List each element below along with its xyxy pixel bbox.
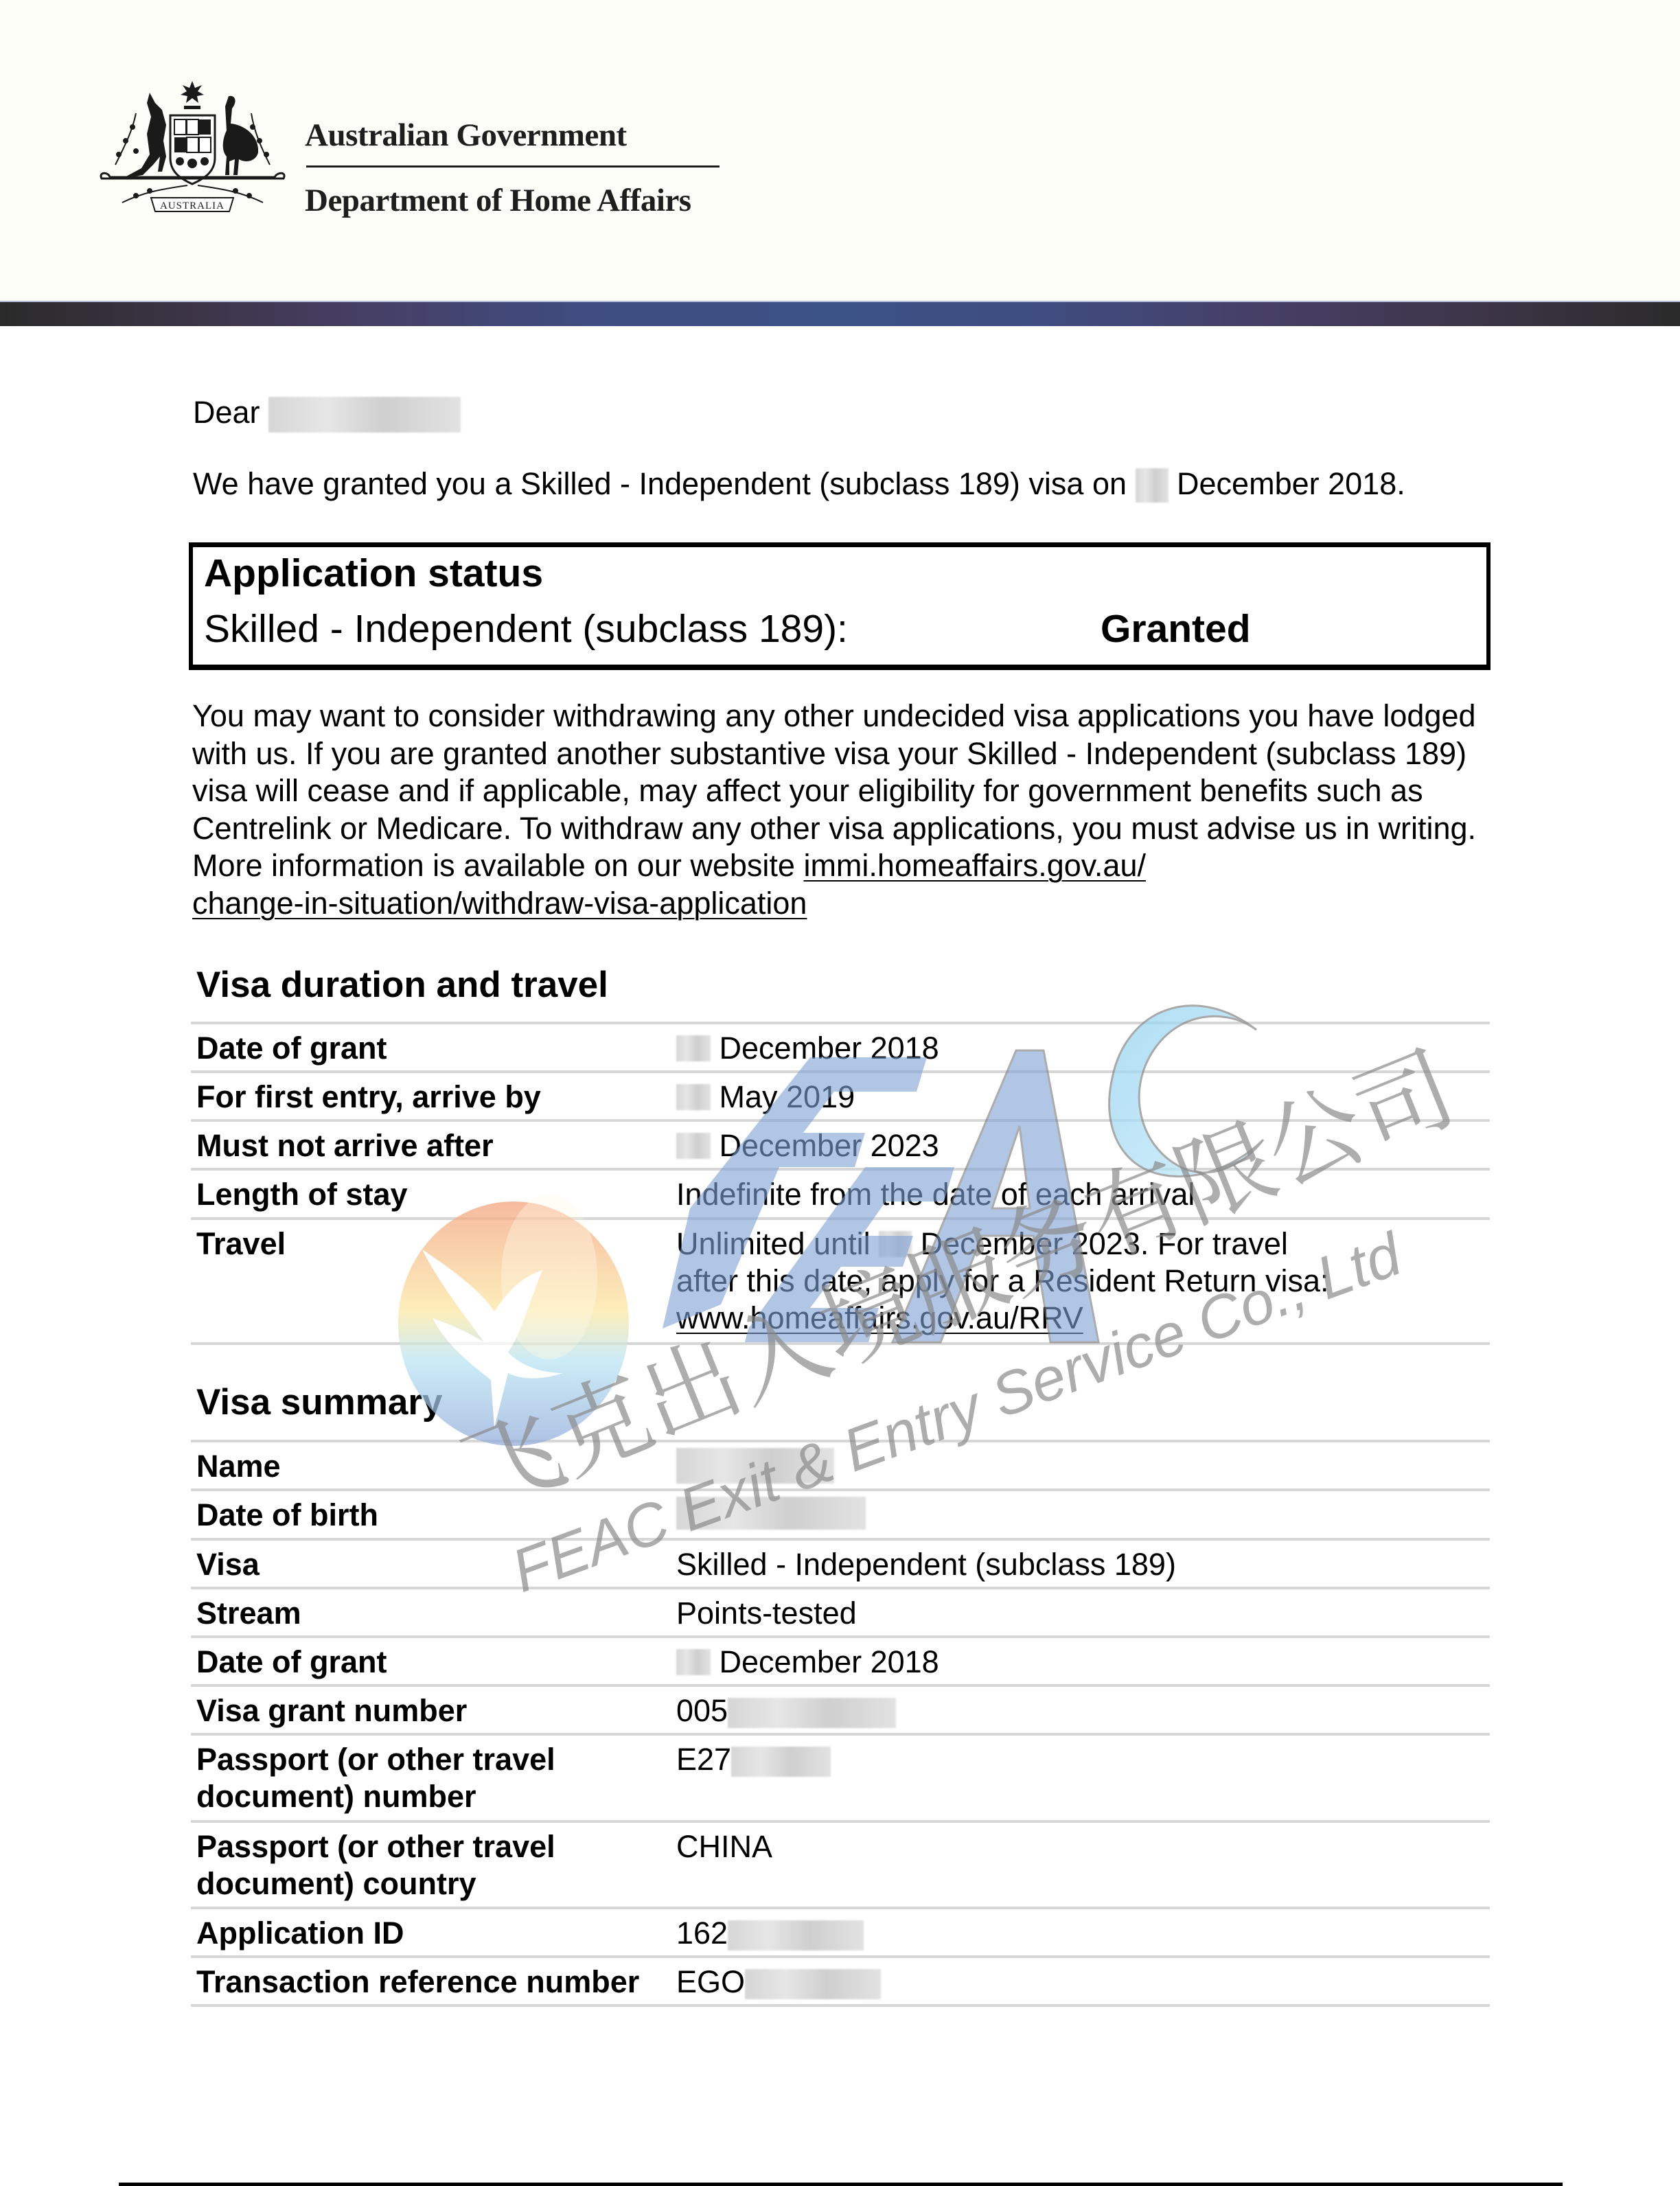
table-end-rule	[191, 1342, 1490, 1345]
redacted-day	[676, 1035, 711, 1061]
table-row: Date of birth	[191, 1488, 1490, 1538]
letterhead: AUSTRALIA Australian Government Departme…	[0, 0, 1680, 301]
redacted-application-id	[728, 1920, 864, 1951]
summary-table: Name Date of birth Visa Skilled - Indepe…	[191, 1440, 1490, 2007]
section-title-summary: Visa summary	[196, 1381, 442, 1423]
table-row: Visa Skilled - Independent (subclass 189…	[191, 1538, 1490, 1587]
table-row: Application ID 162	[191, 1907, 1490, 1955]
redacted-date-of-birth	[676, 1497, 866, 1530]
section-title-duration: Visa duration and travel	[196, 964, 608, 1006]
redacted-day	[879, 1231, 912, 1257]
salutation: Dear	[193, 394, 461, 433]
table-row: Name	[191, 1440, 1490, 1488]
status-visa-label: Skilled - Independent (subclass 189):	[204, 606, 848, 652]
status-badge: Granted	[1101, 606, 1251, 652]
table-row: Stream Points-tested	[191, 1587, 1490, 1635]
table-end-rule	[191, 2004, 1490, 2007]
government-name: Australian Government	[305, 117, 627, 154]
table-row: Travel Unlimited until December 2023. Fo…	[191, 1217, 1490, 1342]
redacted-transaction-reference	[745, 1969, 881, 1999]
redacted-recipient-name	[268, 397, 461, 433]
table-row: Length of stay Indefinite from the date …	[191, 1168, 1490, 1217]
footer-rule	[119, 2183, 1563, 2186]
redacted-name	[676, 1448, 834, 1484]
redacted-day	[676, 1133, 711, 1159]
table-row: For first entry, arrive by May 2019	[191, 1070, 1490, 1119]
table-row: Passport (or other travel document) numb…	[191, 1733, 1490, 1820]
department-name: Department of Home Affairs	[305, 182, 691, 219]
redacted-day	[676, 1084, 711, 1110]
table-row: Date of grant December 2018	[191, 1022, 1490, 1070]
table-row: Transaction reference number EGO	[191, 1955, 1490, 2004]
redacted-grant-number	[728, 1698, 896, 1728]
table-row: Must not arrive after December 2023	[191, 1119, 1490, 1168]
table-row: Passport (or other travel document) coun…	[191, 1820, 1490, 1907]
header-rule	[306, 165, 720, 168]
table-row: Date of grant December 2018	[191, 1635, 1490, 1684]
table-row: Visa grant number 005	[191, 1684, 1490, 1733]
redacted-day	[1136, 468, 1169, 503]
status-box-title: Application status	[204, 551, 543, 596]
redacted-day	[676, 1649, 711, 1675]
header-gradient-bar	[0, 301, 1680, 326]
duration-table: Date of grant December 2018 For first en…	[191, 1022, 1490, 1345]
grant-sentence: We have granted you a Skilled - Independ…	[193, 465, 1405, 503]
withdraw-advice-paragraph: You may want to consider withdrawing any…	[192, 698, 1497, 922]
svg-text:AUSTRALIA: AUSTRALIA	[160, 200, 225, 211]
redacted-passport-number	[731, 1747, 831, 1777]
resident-return-visa-link[interactable]: www.homeaffairs.gov.au/RRV	[676, 1300, 1083, 1335]
coat-of-arms-icon: AUSTRALIA	[95, 76, 290, 220]
application-status-box: Application status Skilled - Independent…	[189, 542, 1491, 670]
